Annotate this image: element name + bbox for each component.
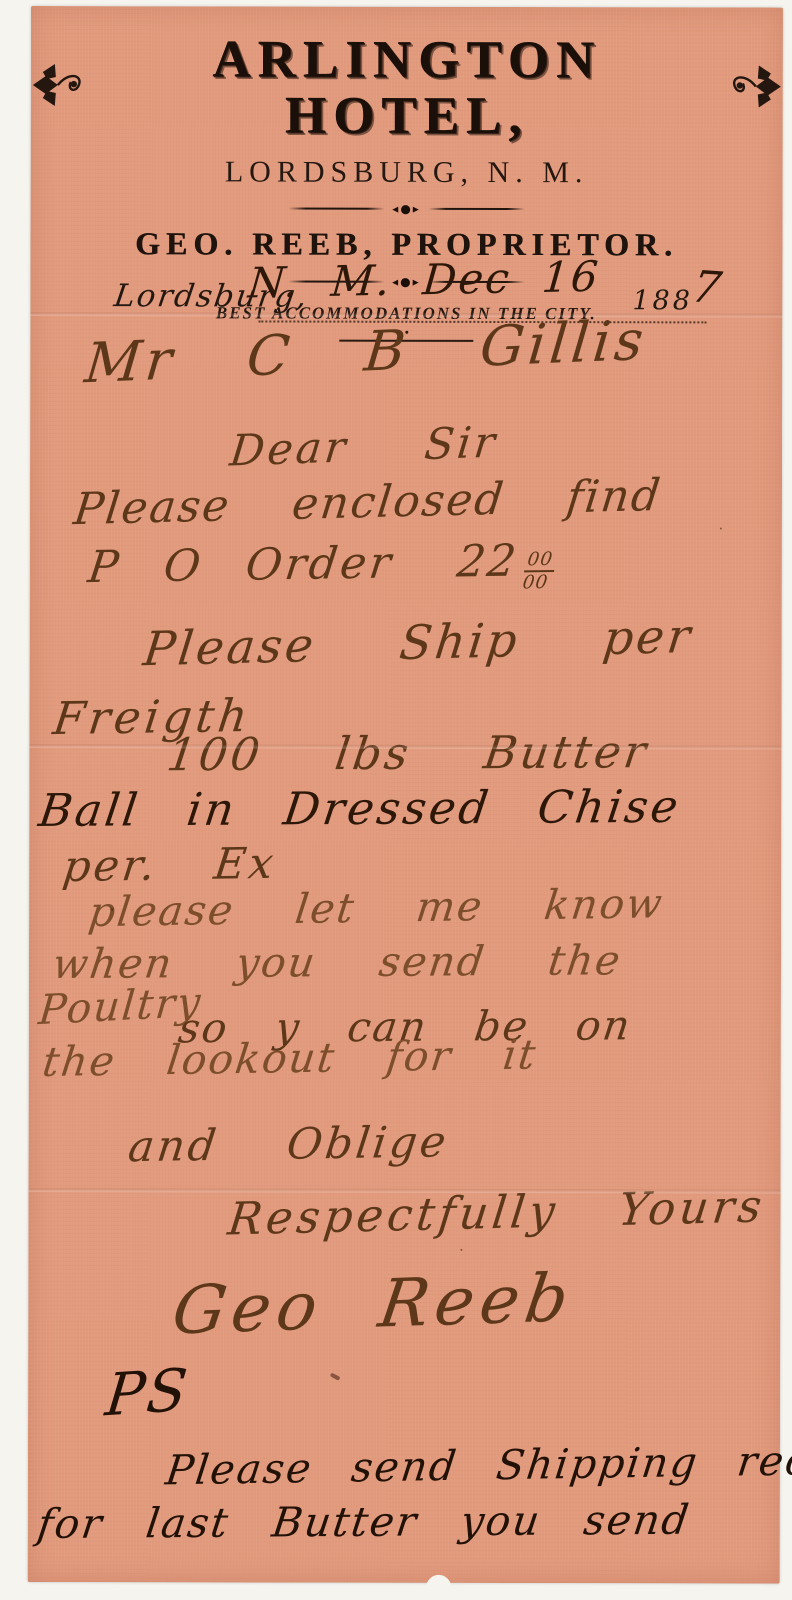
ornamental-divider: ◂●▸ xyxy=(31,202,783,216)
handwritten-state-date: N. M. Dec 16 xyxy=(247,256,602,305)
body-line-know: please let me know xyxy=(87,883,667,933)
body-line-order: P O Order220000 xyxy=(84,539,557,600)
body-line-ship: Please Ship per xyxy=(141,613,696,673)
paper-speck xyxy=(587,73,591,77)
body-line-ball: Ball in Dressed Chise xyxy=(36,784,683,833)
diamond-dot-icon: ◂●▸ xyxy=(392,203,421,215)
order-text: P O Order xyxy=(85,537,396,593)
salutation-line: Dear Sir xyxy=(228,422,500,474)
amount-dollars: 22 xyxy=(454,535,520,587)
ink-smudge xyxy=(330,1373,341,1381)
paper-speck xyxy=(460,1249,462,1251)
body-line-when: when you send the xyxy=(50,940,624,985)
hotel-name: ARLINGTON HOTEL, xyxy=(101,32,713,145)
paper-speck xyxy=(720,527,722,529)
postscript-line-1: Please send Shipping receipt xyxy=(163,1439,792,1491)
torn-edge-notch xyxy=(426,1575,452,1589)
signature: Geo Reeb xyxy=(169,1265,579,1344)
closing-oblige: and Oblige xyxy=(126,1121,451,1169)
fleur-flourish-icon xyxy=(31,63,87,112)
hotel-location: LORDSBURG, N. M. xyxy=(31,155,783,191)
postscript-label: PS xyxy=(103,1360,192,1424)
amount-fraction-lower: 00 xyxy=(521,572,553,593)
scanned-letter: ARLINGTON HOTEL, LORDSBURG, N. M. ◂ xyxy=(0,0,792,1600)
closing-respectfully: Respectfully Yours xyxy=(226,1183,768,1241)
divider-line xyxy=(429,208,525,210)
divider-line xyxy=(288,208,384,210)
body-line-express: per. Ex xyxy=(61,843,279,889)
hotel-title-row: ARLINGTON HOTEL, xyxy=(31,32,783,145)
body-line-quantity: 100 lbs Butter xyxy=(164,729,651,777)
amount-fraction: 0000 xyxy=(521,550,556,593)
postscript-line-2: for last Butter you send xyxy=(35,1500,693,1545)
body-line-lookout: the lookout for it xyxy=(40,1034,539,1083)
paper-speck xyxy=(111,908,113,911)
fleur-flourish-icon xyxy=(727,65,783,114)
amount: 220000 xyxy=(454,535,558,588)
letter-paper: ARLINGTON HOTEL, LORDSBURG, N. M. ◂ xyxy=(28,6,783,1584)
amount-fraction-upper: 00 xyxy=(524,550,556,573)
body-line-enclosed: Please enclosed find xyxy=(71,474,664,532)
